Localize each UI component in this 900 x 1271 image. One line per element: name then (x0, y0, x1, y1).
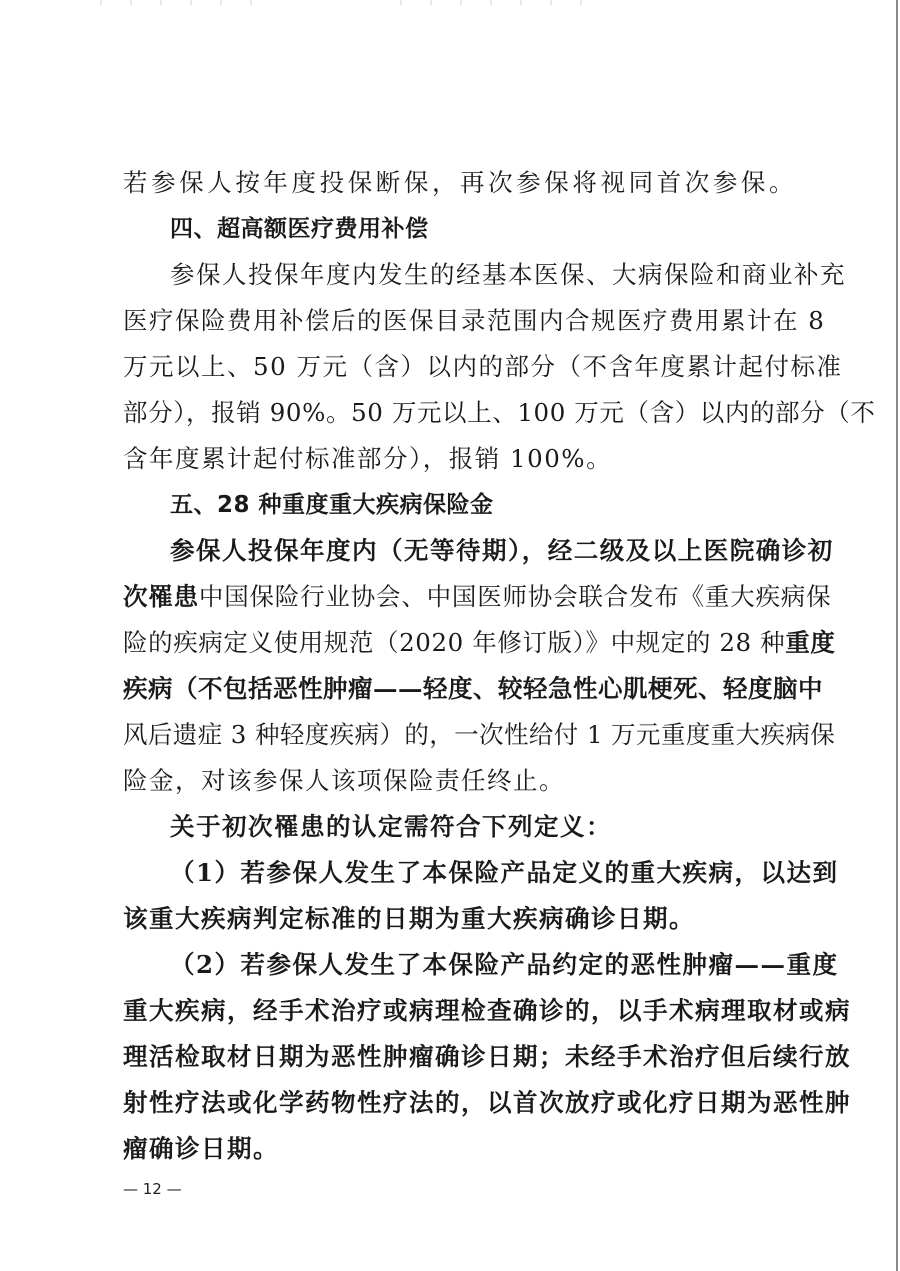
line-text: 该重大疾病判定标准的日期为重大疾病确诊日期。 (123, 904, 695, 933)
paragraph-line: 参保人投保年度内发生的经基本医保、大病保险和商业补充 (123, 252, 795, 298)
heading-text: 四、超高额医疗费用补偿 (170, 216, 429, 242)
line-text: 重大疾病，经手术治疗或病理检查确诊的，以手术病理取材或病 (123, 996, 851, 1025)
section-heading-4: 四、超高额医疗费用补偿 (123, 206, 795, 252)
paragraph-line: 风后遗症 3 种轻度疾病）的，一次性给付 1 万元重度重大疾病保 (123, 712, 795, 758)
line-text: 若参保人按年度投保断保，再次参保将视同首次参保。 (123, 168, 795, 197)
line-text: 射性疗法或化学药物性疗法的，以首次放疗或化疗日期为恶性肿 (123, 1088, 851, 1117)
paragraph-line: 医疗保险费用补偿后的医保目录范围内合规医疗费用累计在 8 (123, 298, 795, 344)
scan-artifact (100, 0, 260, 5)
line-text: 医疗保险费用补偿后的医保目录范围内合规医疗费用累计在 8 (123, 306, 825, 335)
page-number: — 12 — (123, 1180, 182, 1198)
paragraph-line: 理活检取材日期为恶性肿瘤确诊日期；未经手术治疗但后续行放 (123, 1034, 795, 1080)
paragraph-line: （1）若参保人发生了本保险产品定义的重大疾病，以达到 (123, 850, 795, 896)
paragraph-line: 部分），报销 90%。50 万元以上、100 万元（含）以内的部分（不 (123, 390, 795, 436)
line-text: （1）若参保人发生了本保险产品定义的重大疾病，以达到 (170, 858, 839, 887)
line-text-bold: 重度 (785, 628, 835, 657)
line-text: （2）若参保人发生了本保险产品约定的恶性肿瘤——重度 (170, 950, 839, 979)
line-text: 关于初次罹患的认定需符合下列定义： (170, 812, 612, 841)
line-text: 万元以上、50 万元（含）以内的部分（不含年度累计起付标准 (123, 352, 842, 381)
paragraph-line: 射性疗法或化学药物性疗法的，以首次放疗或化疗日期为恶性肿 (123, 1080, 795, 1126)
line-text: 参保人投保年度内发生的经基本医保、大病保险和商业补充 (170, 260, 846, 289)
line-text: 中国保险行业协会、中国医师协会联合发布《重大疾病保 (199, 582, 832, 611)
line-text: 部分），报销 90%。50 万元以上、100 万元（含）以内的部分（不 (123, 398, 876, 427)
line-text: 理活检取材日期为恶性肿瘤确诊日期；未经手术治疗但后续行放 (123, 1042, 851, 1071)
line-text-bold: 确诊初 (756, 536, 834, 565)
paragraph-line: 含年度累计起付标准部分），报销 100%。 (123, 436, 795, 482)
paragraph-line: 疾病（不包括恶性肿瘤——轻度、较轻急性心肌梗死、轻度脑中 (123, 666, 795, 712)
line-text-bold: 次罹患 (123, 582, 199, 611)
scan-edge-line (896, 0, 898, 1271)
line-text: 瘤确诊日期。 (123, 1134, 279, 1163)
paragraph-line: 万元以上、50 万元（含）以内的部分（不含年度累计起付标准 (123, 344, 795, 390)
heading-text: 五、28 种重度重大疾病保险金 (170, 492, 494, 518)
line-text: 险金，对该参保人该项保险责任终止。 (123, 766, 565, 795)
scan-artifact (400, 0, 600, 5)
line-text: 险的疾病定义使用规范（2020 年修订版）》中规定的 28 种 (123, 628, 785, 657)
section-heading-5: 五、28 种重度重大疾病保险金 (123, 482, 795, 528)
paragraph-line: 该重大疾病判定标准的日期为重大疾病确诊日期。 (123, 896, 795, 942)
paragraph-line: 关于初次罹患的认定需符合下列定义： (123, 804, 795, 850)
document-body: 若参保人按年度投保断保，再次参保将视同首次参保。 四、超高额医疗费用补偿 参保人… (123, 160, 795, 1172)
line-text-bold: 疾病（不包括恶性肿瘤——轻度、较轻急性心肌梗死、轻度脑中 (123, 674, 823, 703)
paragraph-line: （2）若参保人发生了本保险产品约定的恶性肿瘤——重度 (123, 942, 795, 988)
line-text: 含年度累计起付标准部分），报销 100%。 (123, 444, 612, 473)
paragraph-line: 险的疾病定义使用规范（2020 年修订版）》中规定的 28 种重度 (123, 620, 795, 666)
paragraph-line: 重大疾病，经手术治疗或病理检查确诊的，以手术病理取材或病 (123, 988, 795, 1034)
line-text: 参保人投保年度内（无等待期），经二级及以上医院 (170, 536, 756, 565)
paragraph-line: 若参保人按年度投保断保，再次参保将视同首次参保。 (123, 160, 795, 206)
paragraph-line: 瘤确诊日期。 (123, 1126, 795, 1172)
paragraph-line: 参保人投保年度内（无等待期），经二级及以上医院确诊初 (123, 528, 795, 574)
paragraph-line: 次罹患中国保险行业协会、中国医师协会联合发布《重大疾病保 (123, 574, 795, 620)
line-text: 风后遗症 3 种轻度疾病）的，一次性给付 1 万元重度重大疾病保 (123, 720, 835, 749)
document-page: 若参保人按年度投保断保，再次参保将视同首次参保。 四、超高额医疗费用补偿 参保人… (0, 0, 900, 1271)
paragraph-line: 险金，对该参保人该项保险责任终止。 (123, 758, 795, 804)
